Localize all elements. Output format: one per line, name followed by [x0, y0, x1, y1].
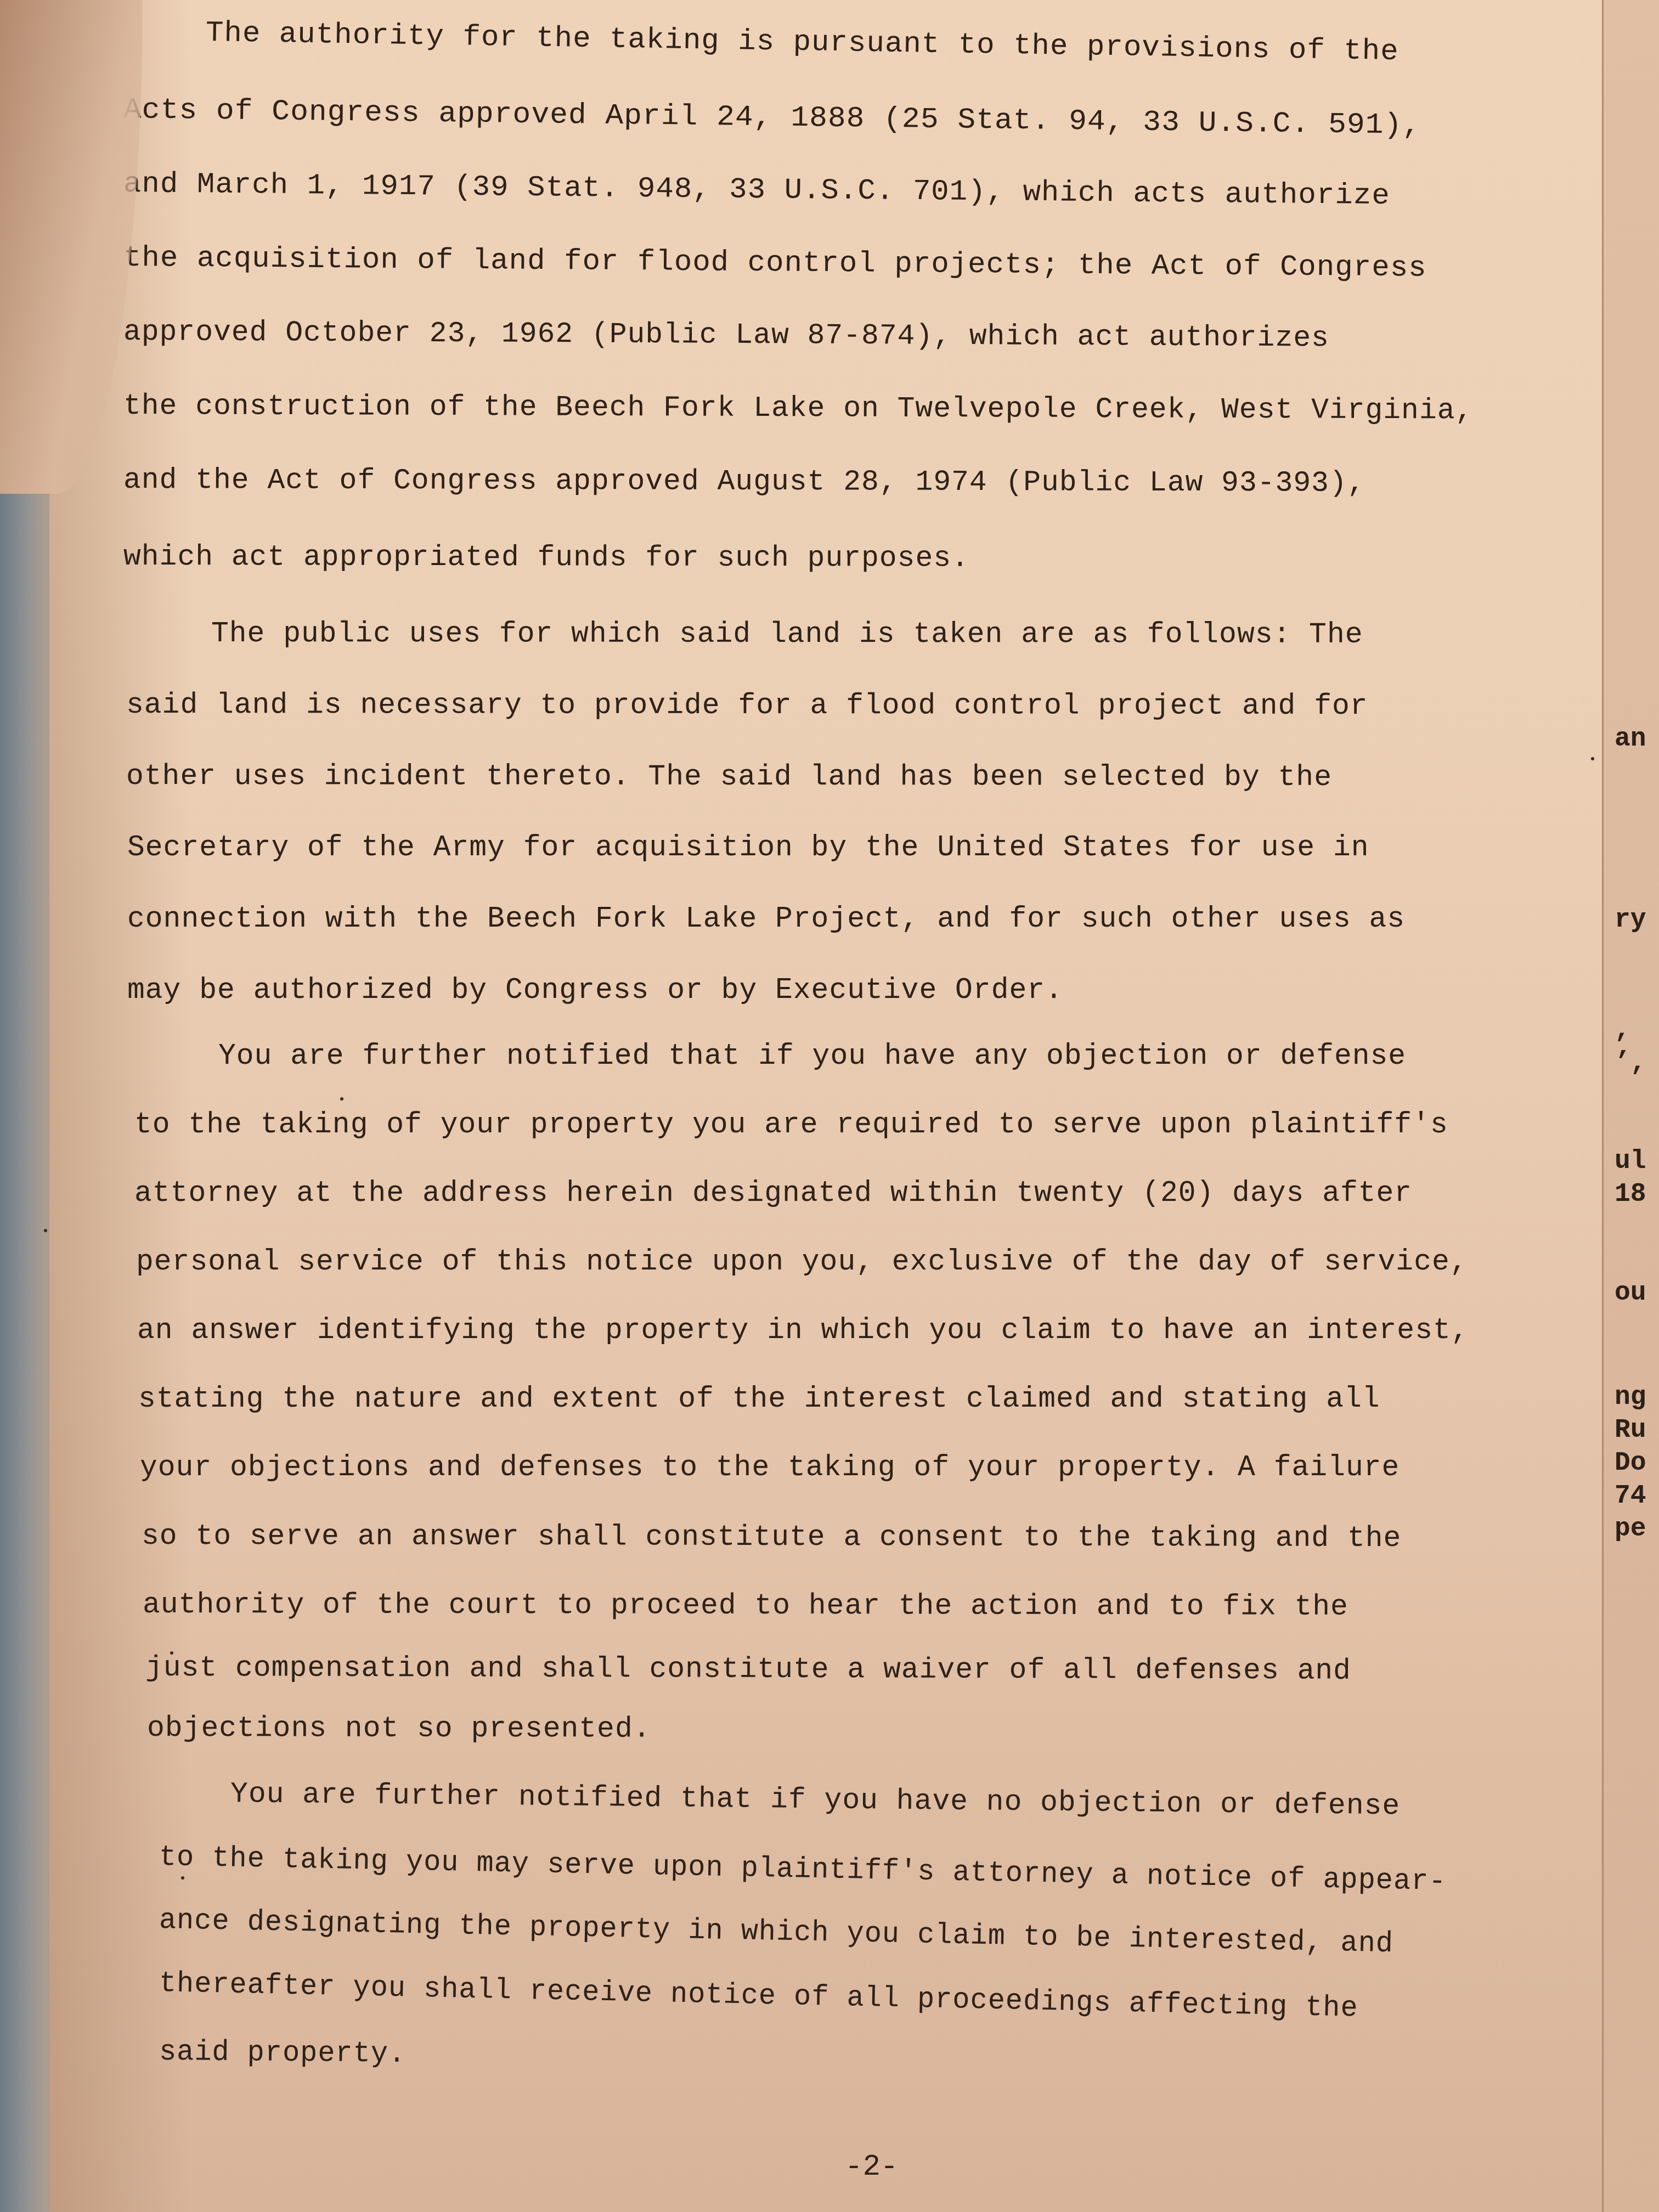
underlying-page-strip: anry,’,ul18oungRuDo74pe — [1602, 0, 1659, 2212]
text-line: to the taking you may serve upon plainti… — [159, 1841, 1447, 1898]
paper-speck — [340, 1097, 343, 1101]
underlying-page-text-fragment: pe — [1615, 1514, 1646, 1544]
text-line: an answer identifying the property in wh… — [137, 1314, 1469, 1347]
text-line: stating the nature and extent of the int… — [138, 1383, 1380, 1415]
paper-speck — [181, 1876, 184, 1880]
underlying-page-text-fragment: , — [1615, 1015, 1630, 1045]
underlying-page-text-fragment: Ru — [1615, 1415, 1646, 1445]
text-line: thereafter you shall receive notice of a… — [159, 1967, 1358, 2025]
underlying-page-text-fragment: 18 — [1615, 1180, 1646, 1209]
underlying-page-text-fragment: Do — [1615, 1448, 1646, 1478]
text-line: ance designating the property in which y… — [159, 1904, 1393, 1960]
paper-speck — [1591, 757, 1594, 760]
underlying-page-text-fragment: ul — [1615, 1147, 1646, 1176]
text-line: your objections and defenses to the taki… — [140, 1451, 1400, 1484]
text-line: connection with the Beech Fork Lake Proj… — [127, 902, 1405, 935]
text-line: said land is necessary to provide for a … — [126, 689, 1368, 723]
underlying-page-text-fragment: ou — [1615, 1278, 1646, 1308]
document-body: The authority for the taking is pursuant… — [49, 0, 1602, 2212]
underlying-page-text-fragment: an — [1615, 724, 1646, 754]
paper-speck — [44, 1229, 47, 1232]
text-line: You are further notified that if you hav… — [230, 1778, 1401, 1822]
text-line: which act appropriated funds for such pu… — [123, 540, 969, 575]
paper-speck — [1103, 853, 1106, 856]
text-line: and the Act of Congress approved August … — [123, 464, 1365, 500]
text-line: other uses incident thereto. The said la… — [126, 760, 1332, 794]
text-line: The authority for the taking is pursuant… — [206, 16, 1400, 68]
text-line: personal service of this notice upon you… — [136, 1245, 1468, 1278]
paper-speck — [170, 1651, 173, 1655]
underlying-page-text-fragment: ’, — [1615, 1048, 1646, 1077]
underlying-page-text-fragment: ry — [1615, 905, 1646, 935]
text-line: the construction of the Beech Fork Lake … — [123, 390, 1474, 427]
text-line: You are further notified that if you hav… — [218, 1040, 1406, 1073]
text-line: and March 1, 1917 (39 Stat. 948, 33 U.S.… — [123, 167, 1390, 212]
text-line: Acts of Congress approved April 24, 1888… — [123, 93, 1421, 142]
text-line: said property. — [159, 2035, 407, 2070]
text-line: objections not so presented. — [147, 1712, 651, 1746]
text-line: attorney at the address herein designate… — [134, 1177, 1412, 1210]
text-line: the acquisition of land for flood contro… — [123, 241, 1427, 285]
text-line: just compensation and shall constitute a… — [145, 1651, 1351, 1688]
text-line: authority of the court to proceed to hea… — [143, 1588, 1348, 1623]
text-line: approved October 23, 1962 (Public Law 87… — [123, 315, 1329, 355]
text-line: to the taking of your property you are r… — [134, 1108, 1448, 1141]
text-line: may be authorized by Congress or by Exec… — [127, 974, 1063, 1007]
page-number: -2- — [845, 2151, 898, 2184]
underlying-page-text-fragment: 74 — [1615, 1481, 1646, 1511]
text-line: Secretary of the Army for acquisition by… — [127, 831, 1369, 864]
underlying-page-text-fragment: ng — [1615, 1383, 1646, 1412]
document-page: The authority for the taking is pursuant… — [49, 0, 1602, 2212]
text-line: so to serve an answer shall constitute a… — [142, 1520, 1401, 1555]
text-line: The public uses for which said land is t… — [211, 617, 1363, 651]
